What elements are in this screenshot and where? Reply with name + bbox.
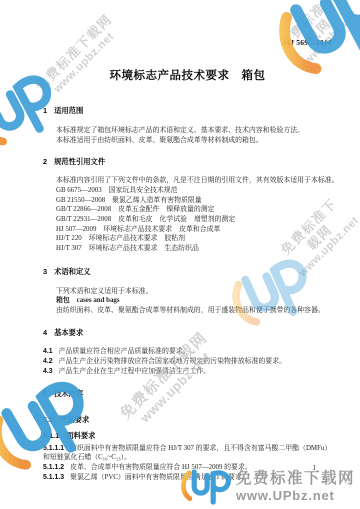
section-5-heading: 5技术内容: [43, 389, 332, 399]
reference-item: HJ/T 307 环境标志产品技术要求 生态纺织品: [43, 244, 332, 254]
reference-item: GB 6675—2003 国家玩具安全技术规范: [43, 186, 332, 196]
section-4-heading: 4基本要求: [43, 328, 332, 338]
up-logo-icon: [177, 468, 233, 506]
section-3-label: 术语和定义: [54, 267, 90, 276]
clause-text: 产品生产企业污染物排放应符合国家或地方规定的污染物排放标准的要求。: [59, 358, 286, 365]
term-title: 箱包 cases and bags: [43, 296, 332, 306]
section-5-1-number: 5.1: [43, 415, 53, 424]
section-1-heading: 1适用范围: [43, 106, 332, 116]
section-5-1-1-heading: 5.1.1面料要求: [43, 431, 332, 441]
doc-title: 环境标志产品技术要求 箱包: [43, 72, 332, 82]
reference-item: HJ/T 220 环境标志产品技术要求 胶粘剂: [43, 234, 332, 244]
document-page: HJ 569—2010 环境标志产品技术要求 箱包 1适用范围 本标准规定了箱包…: [0, 0, 360, 509]
clause-number: 5.1.1.3: [43, 474, 64, 481]
section-2-intro: 本标准内容引用了下列文件中的条款，凡是不注日期的引用文件，其有效版本适用于本标准…: [43, 176, 332, 186]
reference-item: GB/T 22866—2008 皮革五金配件 镍释放量的测定: [43, 205, 332, 215]
section-1-label: 适用范围: [54, 106, 83, 115]
section-1-paragraph: 本标准规定了箱包环境标志产品的术语和定义、基本要求、技术内容和检验方法。: [43, 126, 332, 136]
footer-brand-text: 免费标准下载网 www.UPbz.net: [236, 471, 355, 502]
clause-number: 4.3: [43, 368, 53, 375]
clause-text: 产品生产企业在生产过程中应加强清洁生产工作。: [59, 368, 211, 375]
section-5-1-1-label: 面料要求: [66, 431, 95, 440]
clause-text: 纺织面料中有害物质限量应符合 HJ/T 307 的要求，且不得含有富马酸二甲酯（…: [43, 445, 331, 462]
clause-number: 4.1: [43, 348, 53, 355]
section-5-label: 技术内容: [54, 389, 83, 398]
footer-brand: 免费标准下载网 www.UPbz.net: [177, 468, 355, 506]
clause-number: 4.2: [43, 358, 53, 365]
section-5-1-label: 产品要求: [60, 415, 89, 424]
section-3-heading: 3术语和定义: [43, 267, 332, 277]
document-body: HJ 569—2010 环境标志产品技术要求 箱包 1适用范围 本标准规定了箱包…: [43, 38, 332, 482]
clause-item: 5.1.1.1纺织面料中有害物质限量应符合 HJ/T 307 的要求，且不得含有…: [43, 444, 332, 463]
doc-code: HJ 569—2010: [43, 38, 332, 48]
reference-item: GB 21550—2008 聚氯乙烯人造革有害物质限量: [43, 196, 332, 206]
footer-site-url: www.UPbz.net: [236, 488, 355, 503]
term-definition: 由纺织面料、皮革、聚氨酯合成革等材料制成的，用于盛装物品和便于携带的各种容器。: [43, 306, 332, 316]
reference-item: GB/T 22931—2008 皮革和毛皮 化学试验 增塑剂的测定: [43, 215, 332, 225]
section-2-heading: 2规范性引用文件: [43, 157, 332, 167]
reference-item: HJ 507—2009 环境标志产品技术要求 皮革和合成革: [43, 225, 332, 235]
section-2-label: 规范性引用文件: [54, 157, 105, 166]
section-4-label: 基本要求: [54, 328, 83, 337]
footer-site-name: 免费标准下载网: [236, 471, 355, 487]
clause-item: 4.2产品生产企业污染物排放应符合国家或地方规定的污染物排放标准的要求。: [43, 357, 332, 367]
section-3-paragraph: 下列术语和定义适用于本标准。: [43, 287, 332, 297]
section-5-number: 5: [43, 389, 47, 398]
clause-item: 4.3产品生产企业在生产过程中应加强清洁生产工作。: [43, 367, 332, 377]
section-2-number: 2: [43, 157, 47, 166]
section-5-1-heading: 5.1产品要求: [43, 415, 332, 425]
section-1-paragraph: 本标准适用于由纺织面料、皮革、聚氨酯合成革等材料制成的箱包。: [43, 136, 332, 146]
clause-number: 5.1.1.1: [43, 445, 64, 452]
clause-item: 4.1产品质量应符合相应产品质量标准的要求。: [43, 347, 332, 357]
clause-number: 5.1.1.2: [43, 464, 64, 471]
section-5-1-1-number: 5.1.1: [43, 431, 59, 440]
clause-text: 产品质量应符合相应产品质量标准的要求。: [59, 348, 190, 355]
section-4-number: 4: [43, 328, 47, 337]
section-1-number: 1: [43, 106, 47, 115]
section-3-number: 3: [43, 267, 47, 276]
